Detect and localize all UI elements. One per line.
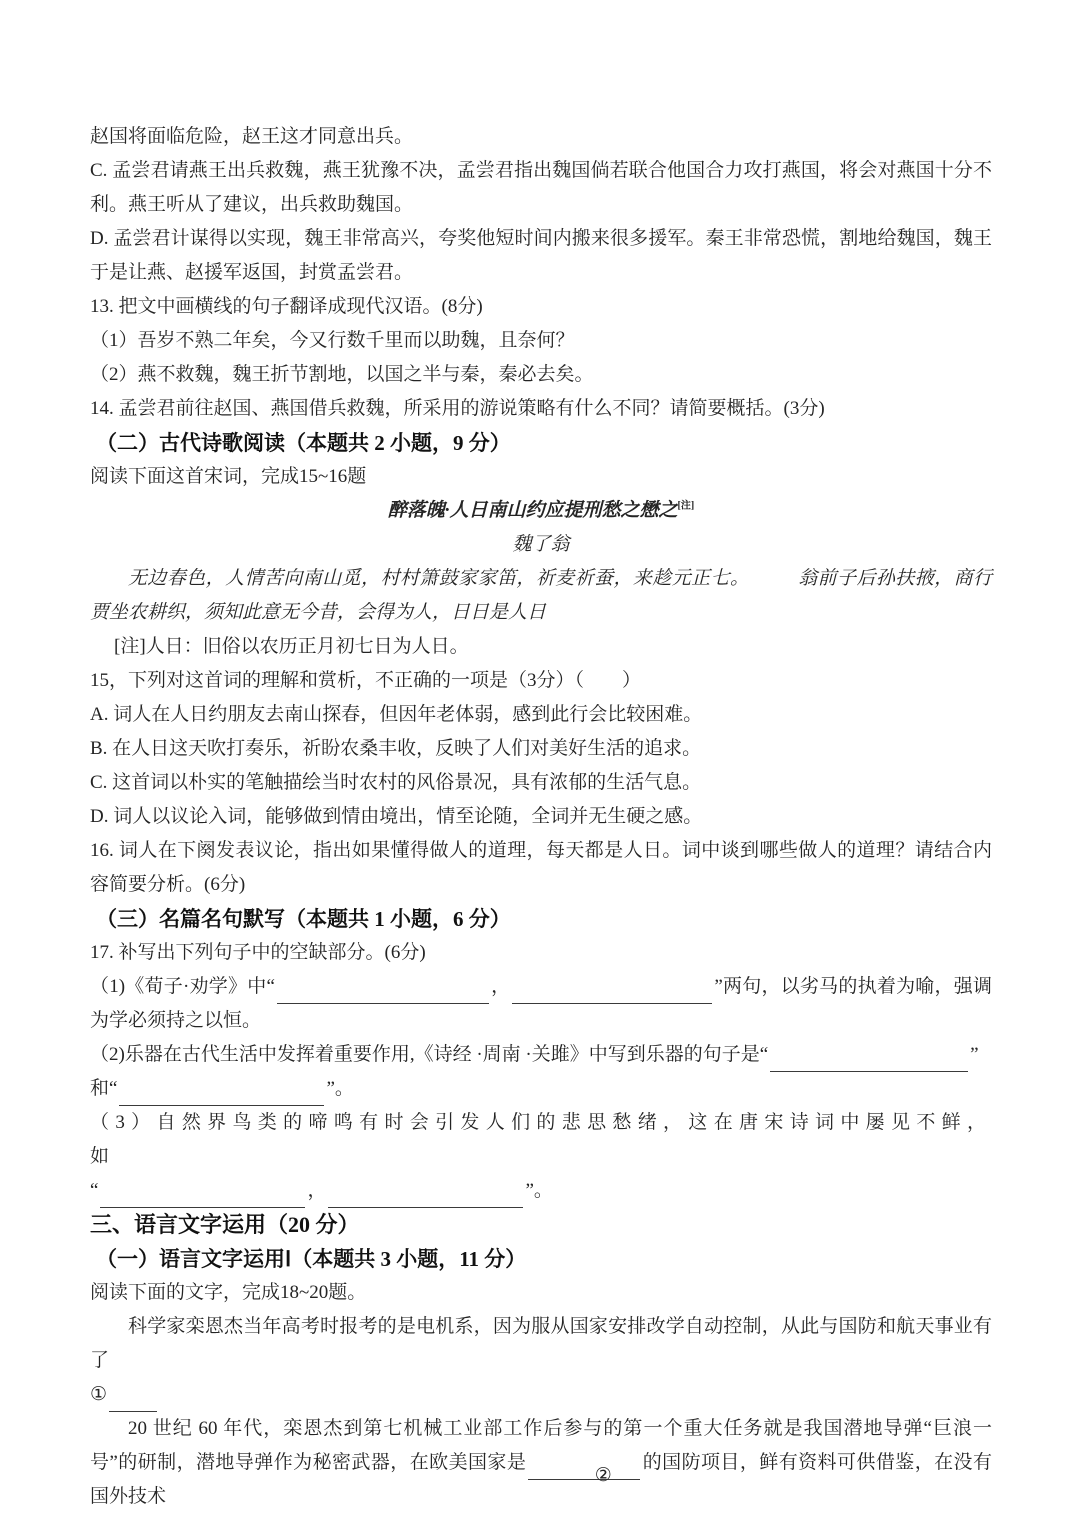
question-13-2: （2）燕不救魏，魏王折节割地，以国之半与秦，秦必去矣。 bbox=[90, 358, 992, 392]
text-run: ”。 bbox=[525, 1180, 552, 1201]
text-run: （三）名篇名句默写（本题共 1 小题，6 分） bbox=[96, 907, 511, 931]
reading-instruction-18-20: 阅读下面的文字，完成18~20题。 bbox=[90, 1276, 992, 1310]
question-17-3-line2: “，”。 bbox=[90, 1174, 992, 1208]
text-run: 阅读下面这首宋词，完成15~16题 bbox=[90, 466, 366, 487]
text-run: A. 词人在人日约朋友去南山探春，但因年老体弱，感到此行会比较困难。 bbox=[90, 704, 702, 725]
text-run: 和“ bbox=[90, 1078, 117, 1099]
passage-paragraph-2: 20 世纪 60 年代，栾恩杰到第七机械工业部工作后参与的第一个重大任务就是我国… bbox=[90, 1412, 992, 1514]
text-run: （3）自然界鸟类的啼鸣有时会引发人们的悲思愁绪，这在唐宋诗词中屡见不鲜，如 bbox=[90, 1112, 992, 1167]
text-run: D. 词人以议论入词，能够做到情由境出，情至论随，全词并无生硬之感。 bbox=[90, 806, 702, 827]
continuation-line: 赵国将面临危险，赵王这才同意出兵。 bbox=[90, 120, 992, 154]
poem-author: 魏了翁 bbox=[90, 528, 992, 562]
text-run: ， bbox=[491, 976, 510, 997]
poem-title: 醉落魄·人日南山约应提刑愁之懋之[注] bbox=[90, 494, 992, 528]
text-run: [注]人日：旧俗以农历正月初七日为人日。 bbox=[114, 636, 469, 657]
text-run: 无边春色，人情苦向南山觅，村村箫鼓家家笛，祈麦祈蚕，来趁元正七。 翁前子后孙扶掖… bbox=[90, 568, 992, 623]
question-17-2-line2: 和“”。 bbox=[90, 1072, 992, 1106]
answer-blank bbox=[277, 983, 489, 1004]
question-14: 14. 孟尝君前往赵国、燕国借兵救魏，所采用的游说策略有什么不同？请简要概括。(… bbox=[90, 392, 992, 426]
text-run: 科学家栾恩杰当年高考时报考的是电机系，因为服从国家安排改学自动控制，从此与国防和… bbox=[90, 1316, 992, 1371]
text-run: （1)《荀子·劝学》中“ bbox=[90, 976, 275, 997]
exam-content: 赵国将面临危险，赵王这才同意出兵。C. 孟尝君请燕王出兵救魏，燕王犹豫不决，孟尝… bbox=[90, 120, 992, 1514]
exam-page: 赵国将面临危险，赵王这才同意出兵。C. 孟尝君请燕王出兵救魏，燕王犹豫不决，孟尝… bbox=[0, 0, 1080, 1528]
answer-blank bbox=[328, 1187, 523, 1208]
section-2-heading: （二）古代诗歌阅读（本题共 2 小题，9 分） bbox=[90, 426, 992, 460]
text-run: ① bbox=[90, 1384, 107, 1405]
answer-blank bbox=[512, 983, 712, 1004]
passage-blank-1-line: ① bbox=[90, 1378, 992, 1412]
option-d-q12: D. 孟尝君计谋得以实现，魏王非常高兴，夸奖他短时间内搬来很多援军。秦王非常恐慌… bbox=[90, 222, 992, 290]
text-run: 魏了翁 bbox=[512, 534, 569, 555]
question-17-3-line1: （3）自然界鸟类的啼鸣有时会引发人们的悲思愁绪，这在唐宋诗词中屡见不鲜，如 bbox=[90, 1106, 992, 1174]
section-3-heading: （三）名篇名句默写（本题共 1 小题，6 分） bbox=[90, 902, 992, 936]
reading-instruction-poem: 阅读下面这首宋词，完成15~16题 bbox=[90, 460, 992, 494]
text-run: C. 这首词以朴实的笔触描绘当时农村的风俗景况，具有浓郁的生活气息。 bbox=[90, 772, 701, 793]
question-13: 13. 把文中画横线的句子翻译成现代汉语。(8分) bbox=[90, 290, 992, 324]
text-run: 醉落魄·人日南山约应提刑愁之懋之 bbox=[388, 500, 678, 521]
text-run: ” bbox=[970, 1044, 978, 1065]
question-17-2-line1: （2)乐器在古代生活中发挥着重要作用,《诗经 ·周南 ·关雎》中写到乐器的句子是… bbox=[90, 1038, 992, 1072]
question-16: 16. 词人在下阕发表议论，指出如果懂得做人的道理，每天都是人日。词中谈到哪些做… bbox=[90, 834, 992, 902]
text-run: 14. 孟尝君前往赵国、燕国借兵救魏，所采用的游说策略有什么不同？请简要概括。(… bbox=[90, 398, 825, 419]
question-13-1: （1）吾岁不熟二年矣，今又行数千里而以助魏，且奈何？ bbox=[90, 324, 992, 358]
answer-blank bbox=[109, 1391, 157, 1412]
part-3-1-heading: （一）语言文字运用Ⅰ（本题共 3 小题，11 分） bbox=[90, 1242, 992, 1276]
option-a-q15: A. 词人在人日约朋友去南山探春，但因年老体弱，感到此行会比较困难。 bbox=[90, 698, 992, 732]
option-b-q15: B. 在人日这天吹打奏乐，祈盼农桑丰收，反映了人们对美好生活的追求。 bbox=[90, 732, 992, 766]
text-run: ， bbox=[307, 1180, 326, 1201]
text-run: （2）燕不救魏，魏王折节割地，以国之半与秦，秦必去矣。 bbox=[90, 364, 594, 385]
text-run: “ bbox=[90, 1180, 98, 1201]
text-run: 15，下列对这首词的理解和赏析，不正确的一项是（3分）（ ） bbox=[90, 670, 641, 691]
answer-blank bbox=[119, 1085, 324, 1106]
text-run: （2)乐器在古代生活中发挥着重要作用,《诗经 ·周南 ·关雎》中写到乐器的句子是… bbox=[90, 1044, 768, 1065]
question-17: 17. 补写出下列句子中的空缺部分。(6分) bbox=[90, 936, 992, 970]
text-run: 13. 把文中画横线的句子翻译成现代汉语。(8分) bbox=[90, 296, 483, 317]
text-run: B. 在人日这天吹打奏乐，祈盼农桑丰收，反映了人们对美好生活的追求。 bbox=[90, 738, 701, 759]
text-run: （一）语言文字运用Ⅰ（本题共 3 小题，11 分） bbox=[96, 1247, 526, 1271]
footnote-marker: [注] bbox=[678, 501, 695, 512]
question-15: 15，下列对这首词的理解和赏析，不正确的一项是（3分）（ ） bbox=[90, 664, 992, 698]
poem-body: 无边春色，人情苦向南山觅，村村箫鼓家家笛，祈麦祈蚕，来趁元正七。 翁前子后孙扶掖… bbox=[90, 562, 992, 630]
option-c-q12: C. 孟尝君请燕王出兵救魏，燕王犹豫不决，孟尝君指出魏国倘若联合他国合力攻打燕国… bbox=[90, 154, 992, 222]
part-3-heading: 三、语言文字运用（20 分） bbox=[90, 1208, 992, 1242]
question-17-1: （1)《荀子·劝学》中“，”两句，以劣马的执着为喻，强调为学必须持之以恒。 bbox=[90, 970, 992, 1038]
answer-blank bbox=[770, 1051, 968, 1072]
passage-paragraph-1: 科学家栾恩杰当年高考时报考的是电机系，因为服从国家安排改学自动控制，从此与国防和… bbox=[90, 1310, 992, 1378]
text-run: （1）吾岁不熟二年矣，今又行数千里而以助魏，且奈何？ bbox=[90, 330, 575, 351]
answer-blank-numbered: ② bbox=[528, 1459, 640, 1480]
text-run: 三、语言文字运用（20 分） bbox=[90, 1212, 360, 1237]
text-run: ”。 bbox=[326, 1078, 353, 1099]
poem-footnote: [注]人日：旧俗以农历正月初七日为人日。 bbox=[90, 630, 992, 664]
answer-blank bbox=[100, 1187, 305, 1208]
text-run: C. 孟尝君请燕王出兵救魏，燕王犹豫不决，孟尝君指出魏国倘若联合他国合力攻打燕国… bbox=[90, 160, 992, 215]
text-run: 16. 词人在下阕发表议论，指出如果懂得做人的道理，每天都是人日。词中谈到哪些做… bbox=[90, 840, 992, 895]
option-d-q15: D. 词人以议论入词，能够做到情由境出，情至论随，全词并无生硬之感。 bbox=[90, 800, 992, 834]
option-c-q15: C. 这首词以朴实的笔触描绘当时农村的风俗景况，具有浓郁的生活气息。 bbox=[90, 766, 992, 800]
text-run: D. 孟尝君计谋得以实现，魏王非常高兴，夸奖他短时间内搬来很多援军。秦王非常恐慌… bbox=[90, 228, 992, 283]
text-run: （二）古代诗歌阅读（本题共 2 小题，9 分） bbox=[96, 431, 511, 455]
text-run: 阅读下面的文字，完成18~20题。 bbox=[90, 1282, 366, 1303]
text-run: 赵国将面临危险，赵王这才同意出兵。 bbox=[90, 126, 413, 147]
text-run: 17. 补写出下列句子中的空缺部分。(6分) bbox=[90, 942, 426, 963]
